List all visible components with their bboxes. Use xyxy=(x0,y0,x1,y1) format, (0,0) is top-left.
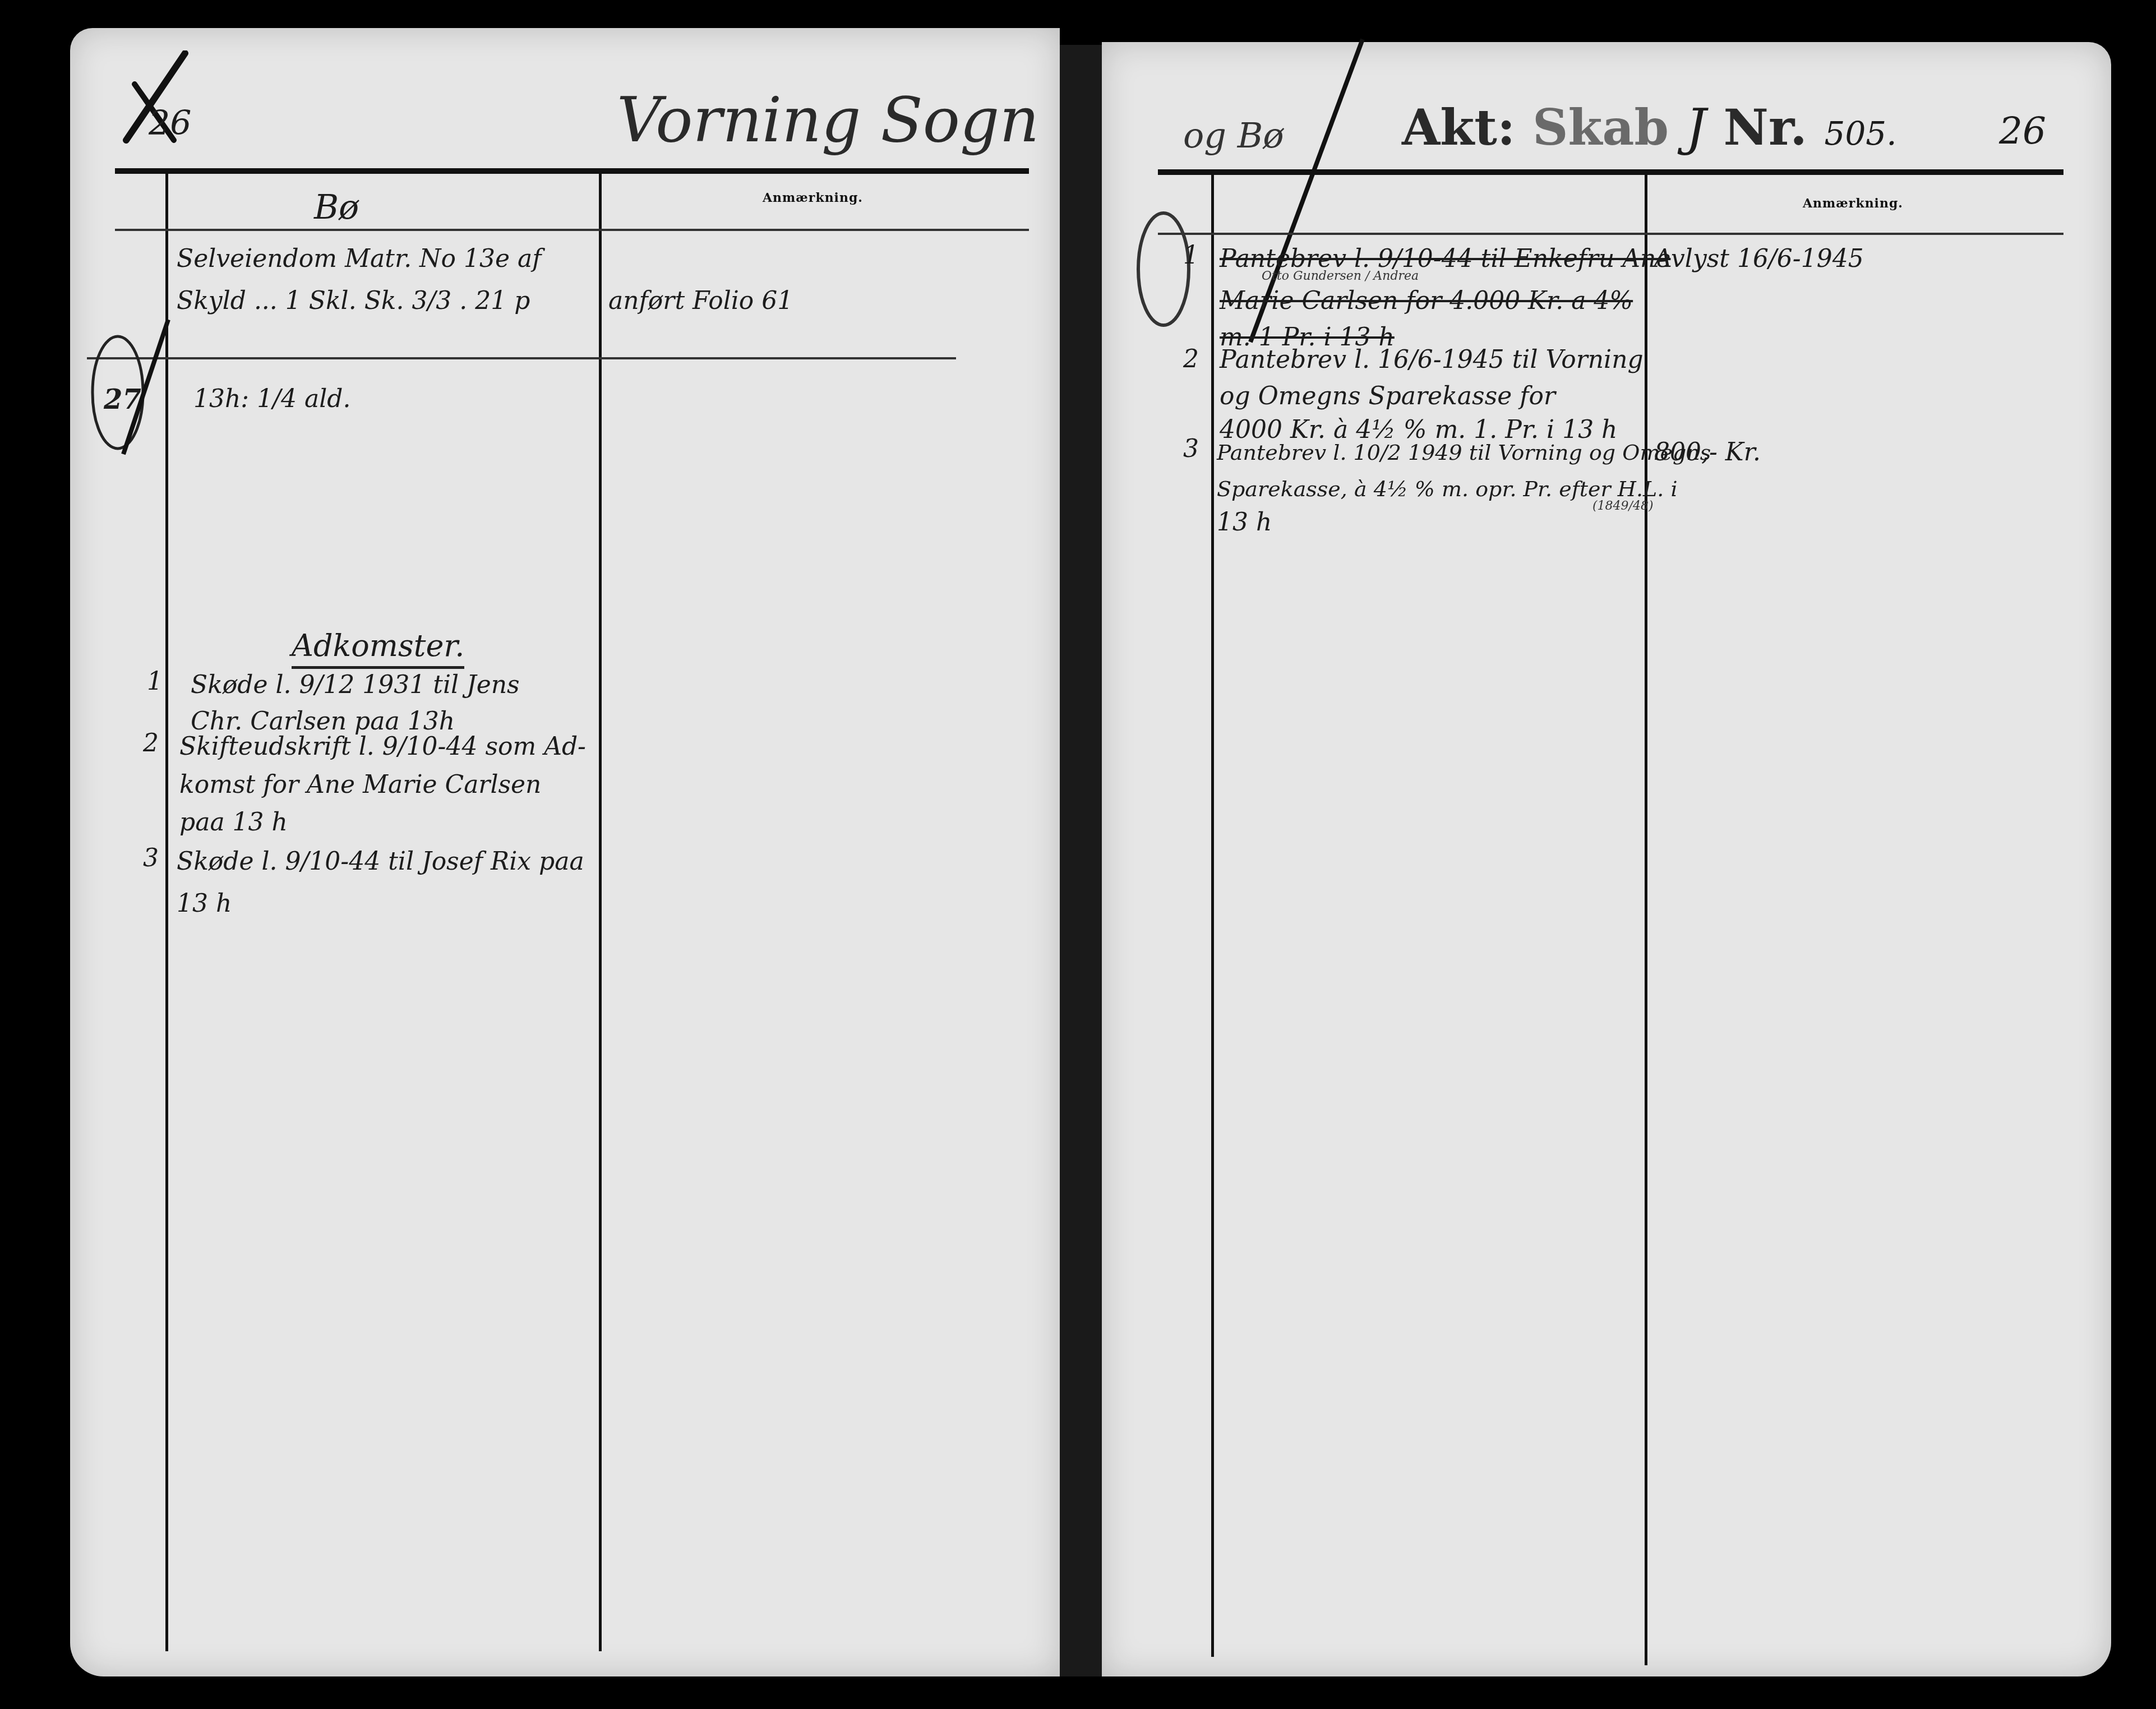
adkomst-1-line-1: Skøde l. 9/12 1931 til Jens xyxy=(191,667,520,703)
adkomst-3-line-1: Skøde l. 9/10-44 til Josef Rix paa xyxy=(177,844,584,880)
left-col-divider-1 xyxy=(165,171,168,1651)
adkomster-heading: Adkomster. xyxy=(292,628,464,669)
right-page-number: 26 xyxy=(1999,109,2046,153)
adkomst-number-1: 1 xyxy=(147,667,163,696)
heftelse-2-line-2: og Omegns Sparekasse for xyxy=(1220,378,1555,414)
heftelse-3-line-3: 13 h xyxy=(1217,505,1272,541)
right-col-divider-2 xyxy=(1645,174,1647,1665)
left-entry-rule xyxy=(87,357,956,359)
archive-stamp: Akt: Skab J Nr. 505. xyxy=(1402,98,1897,157)
subdivision-entry: 13h: 1/4 ald. xyxy=(193,381,350,417)
left-column-header-property: Bø xyxy=(314,188,359,227)
left-page-number: 26 xyxy=(149,104,191,143)
adkomst-2-line-3: paa 13 h xyxy=(179,805,288,840)
adkomst-number-2: 2 xyxy=(143,729,159,757)
property-entry-line-1: Selveiendom Matr. No 13e af xyxy=(177,241,542,277)
left-header-title: Vorning Sogn xyxy=(617,84,1039,156)
left-subheader-rule xyxy=(115,229,1029,231)
circled-number: 27 xyxy=(104,384,141,415)
right-col-divider-1 xyxy=(1211,174,1214,1657)
heftelse-1-interlinear-note: Otto Gundersen / Andrea xyxy=(1262,269,1419,283)
adkomst-3-line-2: 13 h xyxy=(177,886,232,922)
heftelse-number-3: 3 xyxy=(1183,435,1199,463)
right-header-suffix: og Bø xyxy=(1183,115,1284,156)
stamp-prefix: Akt: xyxy=(1402,98,1515,156)
heftelse-3-line-1: Pantebrev l. 10/2 1949 til Vorning og Om… xyxy=(1217,435,1711,470)
property-entry-remark: anført Folio 61 xyxy=(608,283,793,319)
heftelse-3-remark: 800,- Kr. xyxy=(1654,435,1761,470)
stamp-nr-value: 505. xyxy=(1824,114,1896,153)
heftelse-1-remark: Avlyst 16/6-1945 xyxy=(1654,241,1864,277)
adkomst-number-3: 3 xyxy=(143,844,159,872)
heftelse-number-2: 2 xyxy=(1183,345,1199,373)
book-gutter xyxy=(1060,45,1102,1676)
stamp-skab-label: Skab xyxy=(1532,98,1669,156)
left-header-rule xyxy=(115,168,1029,174)
left-column-header-remarks: Anmærkning. xyxy=(763,191,863,205)
right-header-rule xyxy=(1158,169,2063,175)
adkomst-2-line-2: komst for Ane Marie Carlsen xyxy=(179,767,541,803)
right-subheader-rule xyxy=(1158,233,2063,235)
heftelse-1-line-2: Marie Carlsen for 4.000 Kr. a 4% xyxy=(1220,283,1633,319)
stamp-nr-label: Nr. xyxy=(1723,98,1807,156)
heftelse-3-bracket-note: (1849/48) xyxy=(1592,499,1654,513)
left-col-divider-2 xyxy=(599,171,602,1651)
heftelse-number-1: 1 xyxy=(1183,241,1199,270)
heftelse-2-line-1: Pantebrev l. 16/6-1945 til Vorning xyxy=(1220,342,1643,378)
stamp-skab-value: J xyxy=(1686,98,1706,157)
right-column-header-remarks: Anmærkning. xyxy=(1803,196,1903,211)
adkomst-2-line-1: Skifteudskrift l. 9/10-44 som Ad- xyxy=(179,729,586,765)
property-entry-line-2: Skyld ... 1 Skl. Sk. 3/3 . 21 p xyxy=(177,283,530,319)
